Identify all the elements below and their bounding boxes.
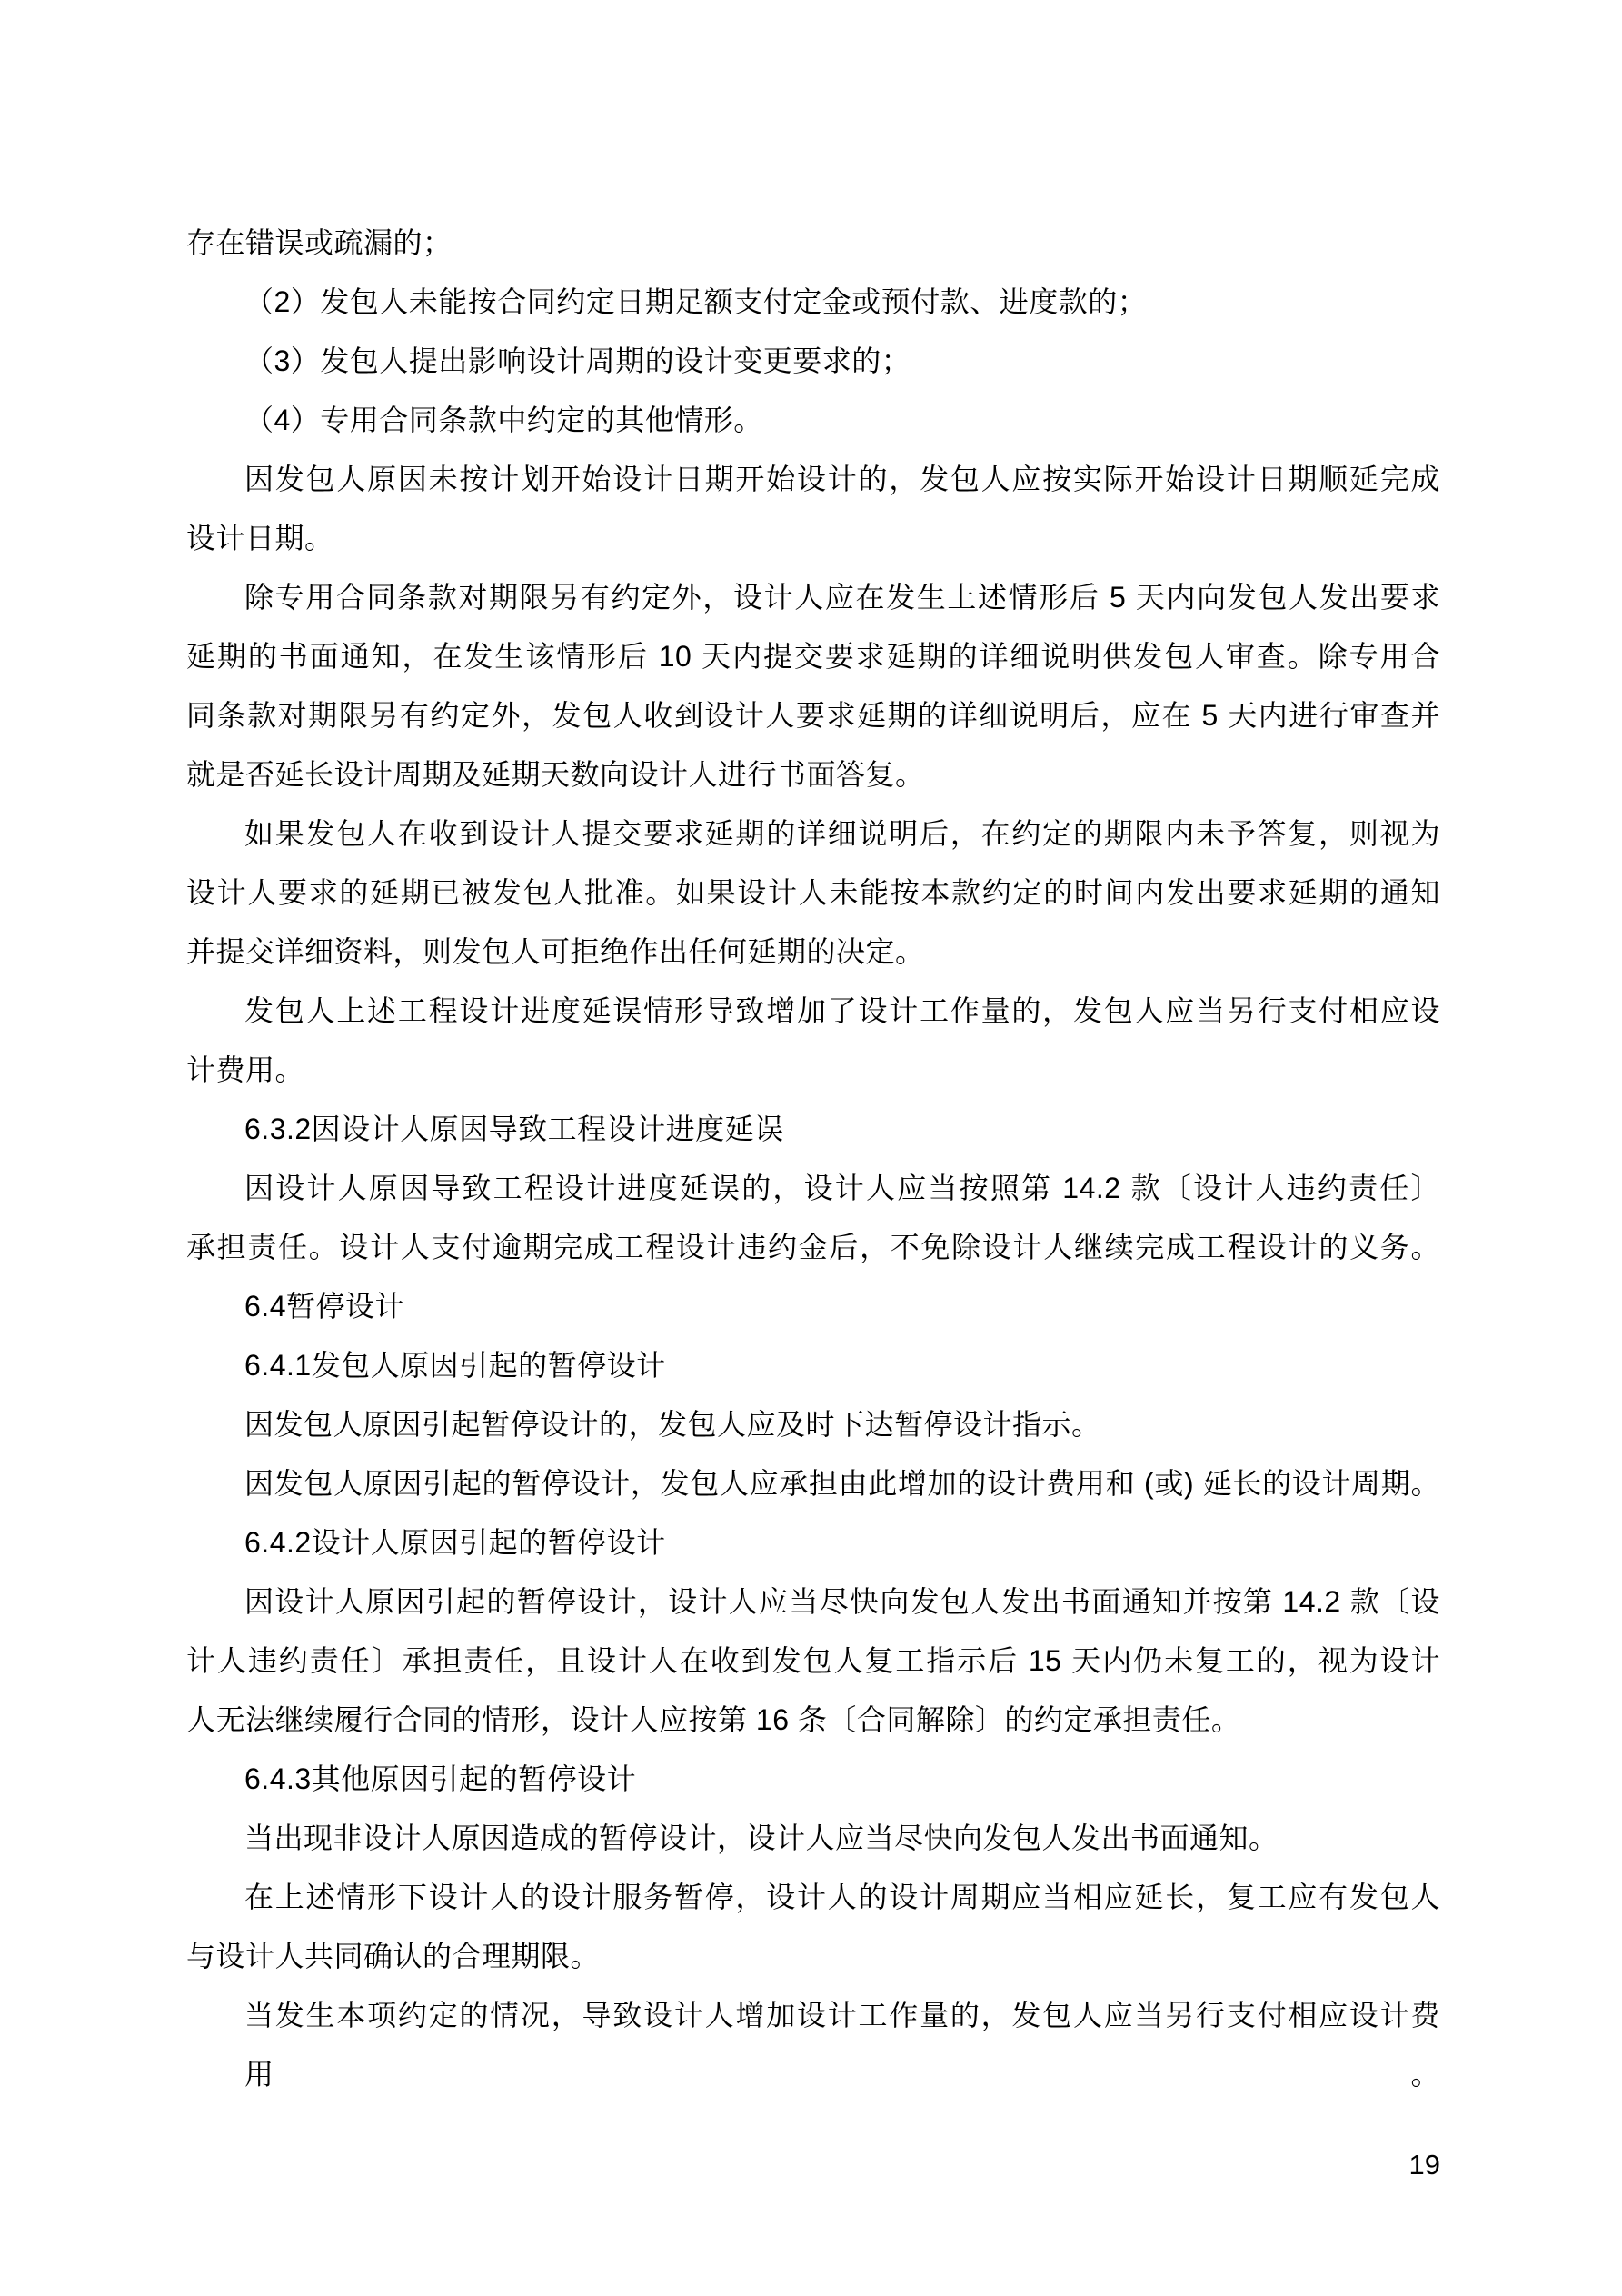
text-line: 6.4.2设计人原因引起的暂停设计 xyxy=(186,1513,1440,1572)
text-line: 当出现非设计人原因造成的暂停设计，设计人应当尽快向发包人发出书面通知。 xyxy=(186,1809,1440,1868)
text-line: （2）发包人未能按合同约定日期足额支付定金或预付款、进度款的； xyxy=(186,273,1440,332)
text-line: 因设计人原因引起的暂停设计，设计人应当尽快向发包人发出书面通知并按第 14.2 … xyxy=(186,1572,1440,1632)
text-line: （3）发包人提出影响设计周期的设计变更要求的； xyxy=(186,332,1440,391)
text-line: 6.4.3其他原因引起的暂停设计 xyxy=(186,1750,1440,1809)
page-number: 19 xyxy=(186,2138,1440,2192)
contract-body-text: 存在错误或疏漏的；（2）发包人未能按合同约定日期足额支付定金或预付款、进度款的；… xyxy=(186,214,1440,2045)
text-line: 就是否延长设计周期及延期天数向设计人进行书面答复。 xyxy=(186,745,1440,804)
text-line: 因发包人原因引起暂停设计的，发包人应及时下达暂停设计指示。 xyxy=(186,1395,1440,1454)
text-line: 承担责任。设计人支付逾期完成工程设计违约金后，不免除设计人继续完成工程设计的义务… xyxy=(186,1218,1440,1277)
text-line: 设计日期。 xyxy=(186,509,1440,568)
text-line: 因发包人原因引起的暂停设计，发包人应承担由此增加的设计费用和 (或) 延长的设计… xyxy=(186,1454,1440,1513)
text-line: 延期的书面通知，在发生该情形后 10 天内提交要求延期的详细说明供发包人审查。除… xyxy=(186,627,1440,686)
text-line: 计费用。 xyxy=(186,1041,1440,1100)
text-line: 并提交详细资料，则发包人可拒绝作出任何延期的决定。 xyxy=(186,923,1440,982)
text-line: 除专用合同条款对期限另有约定外，设计人应在发生上述情形后 5 天内向发包人发出要… xyxy=(186,568,1440,627)
text-line: 发包人上述工程设计进度延误情形导致增加了设计工作量的，发包人应当另行支付相应设 xyxy=(186,982,1440,1041)
text-line: 6.4.1发包人原因引起的暂停设计 xyxy=(186,1336,1440,1395)
text-line: 当发生本项约定的情况，导致设计人增加设计工作量的，发包人应当另行支付相应设计费用… xyxy=(186,1986,1440,2045)
text-line: 计人违约责任〕承担责任，且设计人在收到发包人复工指示后 15 天内仍未复工的，视… xyxy=(186,1632,1440,1691)
text-line: 同条款对期限另有约定外，发包人收到设计人要求延期的详细说明后，应在 5 天内进行… xyxy=(186,686,1440,745)
document-page: 存在错误或疏漏的；（2）发包人未能按合同约定日期足额支付定金或预付款、进度款的；… xyxy=(0,0,1622,2296)
text-line: 6.3.2因设计人原因导致工程设计进度延误 xyxy=(186,1100,1440,1159)
text-line: 如果发包人在收到设计人提交要求延期的详细说明后，在约定的期限内未予答复，则视为 xyxy=(186,804,1440,863)
text-line: 人无法继续履行合同的情形，设计人应按第 16 条〔合同解除〕的约定承担责任。 xyxy=(186,1691,1440,1750)
text-line: 6.4暂停设计 xyxy=(186,1277,1440,1336)
text-line: 在上述情形下设计人的设计服务暂停，设计人的设计周期应当相应延长，复工应有发包人 xyxy=(186,1868,1440,1927)
text-line: 因设计人原因导致工程设计进度延误的，设计人应当按照第 14.2 款〔设计人违约责… xyxy=(186,1159,1440,1218)
text-line: 设计人要求的延期已被发包人批准。如果设计人未能按本款约定的时间内发出要求延期的通… xyxy=(186,863,1440,923)
text-line: 因发包人原因未按计划开始设计日期开始设计的，发包人应按实际开始设计日期顺延完成 xyxy=(186,450,1440,509)
text-line: （4）专用合同条款中约定的其他情形。 xyxy=(186,391,1440,450)
text-line: 存在错误或疏漏的； xyxy=(186,214,1440,273)
text-line: 与设计人共同确认的合理期限。 xyxy=(186,1927,1440,1986)
